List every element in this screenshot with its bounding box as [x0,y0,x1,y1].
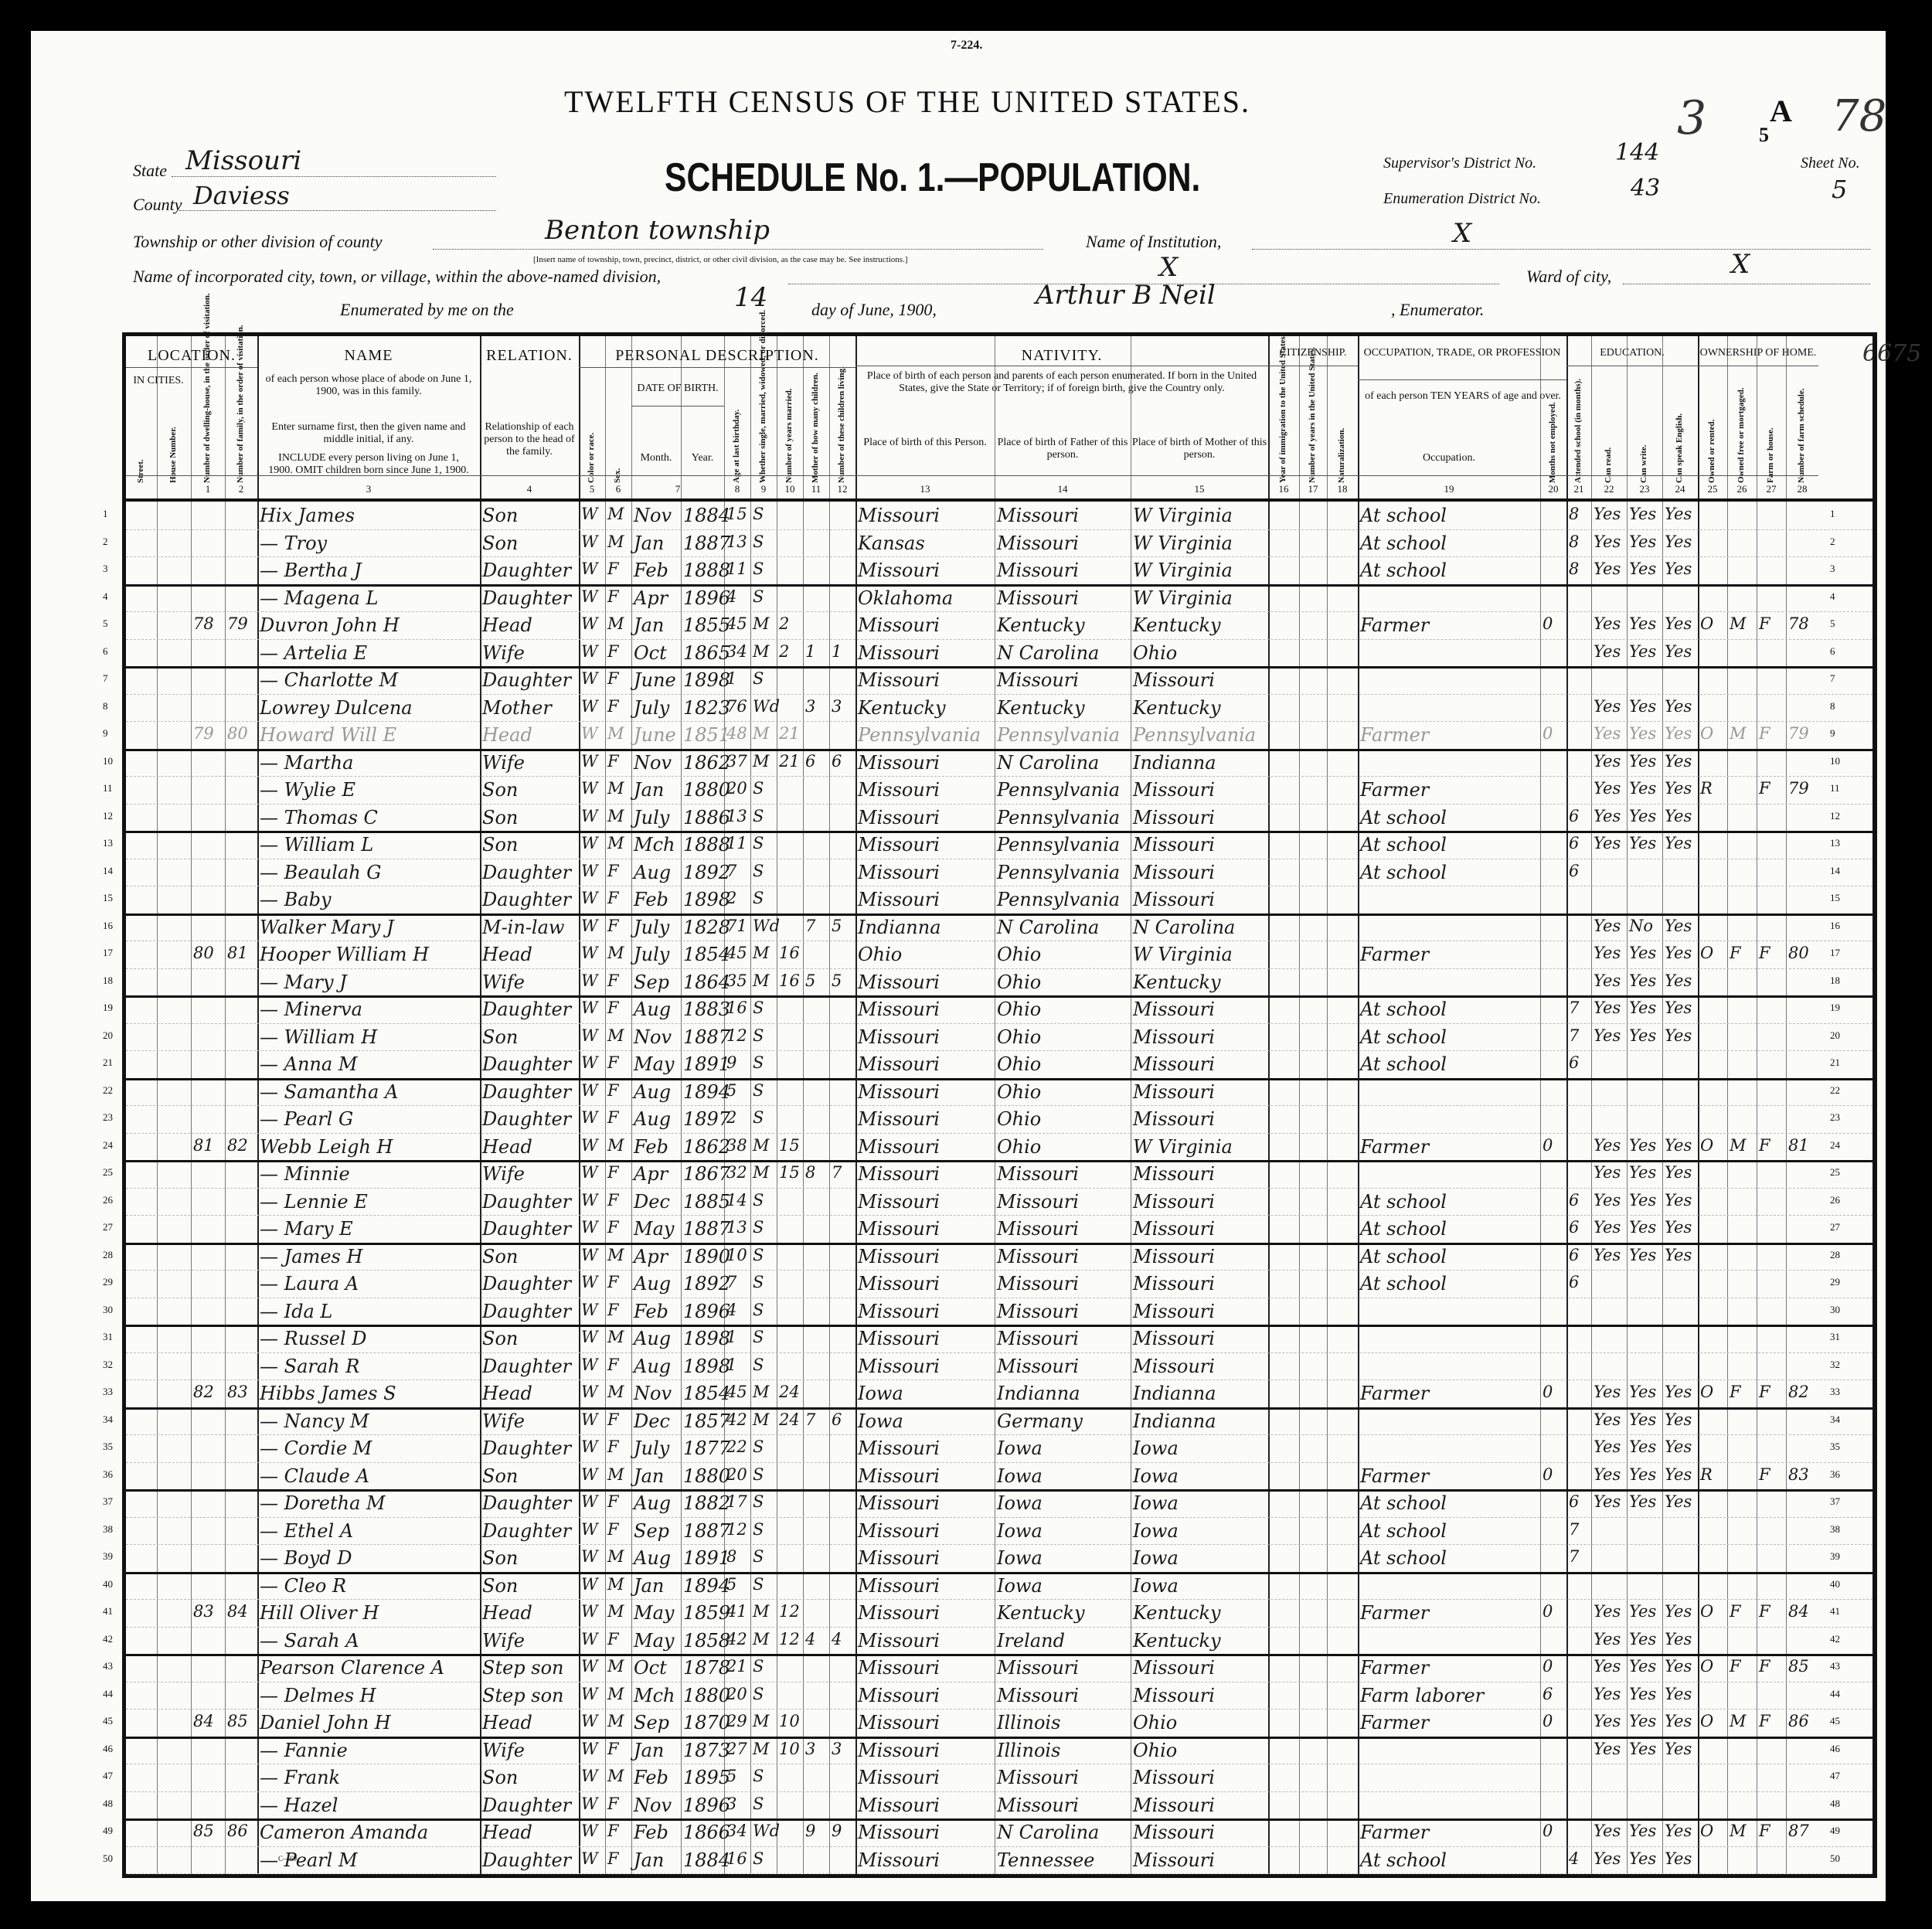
table-row[interactable]: Hix JamesSonWMNov188415SMissouriMissouri… [126,502,1872,530]
cell-month: Nov [634,1795,672,1816]
table-row[interactable]: — Anna MDaughterWFMay18919SMissouriOhioM… [126,1050,1872,1080]
cell-year: 1883 [683,999,730,1020]
table-row[interactable]: Pearson Clarence AStep sonWMOct187821SMi… [126,1654,1872,1682]
column-number: 20 [1540,483,1566,495]
table-row[interactable]: — MarthaWifeWFNov186237M2166MissouriN Ca… [126,749,1872,777]
cell-color: W [581,1410,598,1429]
cell-age: 1 [726,669,736,688]
cell-dw: 79 [193,724,214,743]
cell-rel: Daughter [482,1191,571,1213]
cell-color: W [581,1492,598,1511]
cell-color: W [581,1657,598,1676]
cell-mar: M [753,944,770,962]
cell-rel: M-in-law [482,917,564,938]
table-row[interactable]: — Mary EDaughterWFMay188713SMissouriMiss… [126,1215,1872,1245]
cell-bm: Indianna [1133,1383,1216,1404]
cell-age: 71 [726,917,747,935]
cell-age: 5 [726,1575,736,1594]
cell-name: — Ethel A [260,1520,353,1542]
cell-cl: 9 [832,1822,842,1840]
cell-rel: Son [482,532,518,554]
city-value: X [1159,252,1178,283]
cell-color: W [581,505,598,523]
cell-occ: At school [1360,1520,1447,1542]
cell-color: W [581,1795,598,1813]
cell-occ: At school [1360,1547,1447,1569]
cell-ym: 24 [779,1410,800,1429]
cell-bm: Iowa [1133,1547,1179,1569]
enumerator-name: Arthur B Neil [1036,280,1216,311]
row-number: 47 [1830,1770,1840,1782]
table-row[interactable]: 8081Hooper William HHeadWMJuly185445M16O… [126,941,1872,969]
cell-ym: 2 [779,614,789,633]
cell-year: 1887 [683,1026,730,1048]
cell-eng: Yes [1665,1657,1692,1676]
cell-rel: Son [482,1328,518,1349]
cell-name: — Lennie E [260,1191,368,1213]
cell-color: W [581,779,598,798]
cell-fh: F [1759,1712,1770,1730]
cell-eng: Yes [1665,1849,1692,1868]
table-row[interactable]: 7879Duvron John HHeadWMJan185545M2Missou… [126,611,1872,640]
table-row[interactable]: — Cleo RSonWMJan18945SMissouriIowaIowa40… [126,1572,1872,1601]
table-row[interactable]: — Artelia EWifeWFOct186534M211MissouriN … [126,639,1872,669]
cell-bp: Missouri [858,614,940,636]
row-number: 11 [1830,782,1840,794]
cell-color: W [581,1520,598,1539]
table-row[interactable]: 8586Cameron AmandaHeadWFFeb186634Wd99Mis… [126,1818,1872,1847]
cell-age: 34 [726,1822,747,1840]
row-number: 21 [1830,1056,1840,1069]
cell-bp: Missouri [858,1602,940,1624]
cell-bm: Missouri [1133,1108,1215,1130]
cell-mar: S [753,1328,764,1346]
cell-bf: Illinois [997,1712,1060,1733]
cell-eng: Yes [1665,642,1692,661]
table-row[interactable]: — TroySonWMJan188713SKansasMissouriW Vir… [126,529,1872,558]
cell-bm: Missouri [1133,862,1215,883]
cell-unemp: 0 [1543,614,1553,633]
table-row[interactable]: — Laura ADaughterWFAug18927SMissouriMiss… [126,1270,1872,1298]
cell-eng: Yes [1665,532,1692,551]
table-row[interactable]: — FannieWifeWFJan187327M1033MissouriIlli… [126,1737,1872,1765]
cell-ym: 10 [779,1712,800,1730]
cell-read: Yes [1594,999,1621,1017]
table-row[interactable]: Lowrey DulcenaMotherWFJuly182376Wd33Kent… [126,694,1872,723]
cell-age: 45 [726,614,747,633]
cell-month: Dec [634,1410,670,1432]
cell-age: 16 [726,999,747,1017]
cell-month: Sep [634,971,669,993]
cell-own: O [1700,724,1713,743]
cell-fh: F [1759,944,1770,962]
cell-eng: Yes [1665,807,1692,825]
cell-bm: Kentucky [1133,614,1221,636]
cell-sex: F [607,1492,619,1511]
cell-bf: Missouri [997,505,1079,526]
cell-name: — Boyd D [260,1547,352,1569]
cell-sex: M [607,1685,624,1703]
cell-age: 7 [726,862,736,880]
cell-farm: 85 [1788,1657,1809,1676]
cell-eng: Yes [1665,917,1692,935]
cell-bm: Ohio [1133,642,1177,664]
column-number: 14 [995,483,1131,495]
cell-mar: S [753,1657,764,1676]
cell-sex: M [607,1246,624,1264]
cell-read: Yes [1594,1410,1621,1429]
cell-year: 1896 [683,1301,730,1322]
schedule-title: SCHEDULE No. 1.—POPULATION. [665,155,1200,201]
cell-color: W [581,1740,598,1758]
table-row[interactable]: — Doretha MDaughterWFAug188217SMissouriI… [126,1489,1872,1518]
cell-read: Yes [1594,1685,1621,1703]
table-row[interactable]: 7980Howard Will EHeadWMJune185148M21Penn… [126,721,1872,751]
cell-name: — Bertha J [260,560,362,581]
cell-fh: F [1759,1822,1770,1840]
cell-fam: 82 [227,1136,248,1155]
cell-month: Sep [634,1520,669,1542]
cell-fh: F [1759,1383,1770,1401]
cell-rel: Wife [482,1740,525,1761]
cell-name: Hibbs James S [260,1383,396,1404]
township-note: [Insert name of township, town, precinct… [533,255,908,264]
row-number: 31 [1830,1331,1840,1343]
cell-month: Mch [634,834,675,856]
cell-mar: S [753,889,764,907]
cell-month: July [634,697,669,719]
cell-bm: Missouri [1133,1657,1215,1679]
cell-age: 11 [726,834,747,852]
cell-year: 1890 [683,1246,730,1267]
cell-dw: 78 [193,614,214,633]
form-number: 7-224. [951,39,982,53]
row-number-left: 5 [103,617,108,630]
cell-month: Apr [634,587,668,609]
cell-name: Daniel John H [260,1712,391,1733]
cell-own: O [1700,1383,1713,1401]
cell-sex: F [607,1108,619,1127]
table-row[interactable]: — Mary JWifeWFSep186435M1655MissouriOhio… [126,968,1872,999]
table-row[interactable]: — Ida LDaughterWFFeb18964SMissouriMissou… [126,1298,1872,1328]
cell-rel: Daughter [482,1218,571,1240]
table-row[interactable]: — Magena LDaughterWFApr18964SOklahomaMis… [126,584,1872,613]
cell-write: Yes [1629,1163,1656,1182]
table-row[interactable]: — MinervaDaughterWFAug188316SMissouriOhi… [126,995,1872,1024]
row-number: 19 [1830,1002,1840,1014]
cell-sch: 6 [1569,1191,1579,1209]
children-living-header: Number of these children living. [837,383,846,483]
cell-cl: 6 [832,1410,842,1429]
cell-ym: 16 [779,944,800,962]
cell-sch: 6 [1569,1492,1579,1511]
cell-eng: Yes [1665,1740,1692,1758]
cell-ym: 24 [779,1383,800,1401]
county-value: Daviess [193,181,290,210]
cell-ym: 16 [779,971,800,990]
column-number: 2 [225,483,257,495]
cell-rel: Mother [482,697,552,719]
relation-header: RELATION. [480,347,579,365]
cell-write: Yes [1629,1246,1656,1264]
cell-name: — Baby [260,889,332,910]
cell-sex: M [607,1383,624,1401]
table-row[interactable]: — Sarah AWifeWFMay185842M1244MissouriIre… [126,1627,1872,1657]
cell-mar: S [753,1849,764,1868]
cell-bf: Germany [997,1410,1083,1432]
cell-color: W [581,1630,598,1648]
table-row[interactable]: 8283Hibbs James SHeadWMNov185445M24IowaI… [126,1380,1872,1410]
table-row[interactable]: — Charlotte MDaughterWFJune18981SMissour… [126,666,1872,695]
row-number: 15 [1830,892,1840,904]
row-number-left: 50 [103,1852,113,1865]
row-number-left: 40 [103,1578,113,1590]
row-number-left: 7 [103,672,108,685]
table-row[interactable]: — Russel DSonWMAug18981SMissouriMissouri… [126,1325,1872,1353]
cell-sch: 4 [1569,1849,1579,1868]
cell-month: July [634,944,669,965]
cell-name: — Nancy M [260,1410,369,1432]
table-row[interactable]: — William LSonWMMch188811SMissouriPennsy… [126,831,1872,859]
table-row[interactable]: — William HSonWMNov188712SMissouriOhioMi… [126,1023,1872,1052]
table-row[interactable]: — Beaulah GDaughterWFAug18927SMissouriPe… [126,859,1872,887]
cell-year: 1878 [683,1657,730,1679]
cell-color: W [581,1849,598,1868]
cell-bm: Missouri [1133,1273,1215,1295]
cell-sch: 6 [1569,1053,1579,1072]
cell-cb: 9 [805,1822,815,1840]
cell-name: Lowrey Dulcena [260,697,413,719]
cell-color: W [581,807,598,825]
cell-mar: M [753,1136,770,1155]
cell-name: — Mary J [260,971,347,993]
cell-bf: Missouri [997,1685,1079,1706]
cell-rel: Daughter [482,587,571,609]
cell-bf: N Carolina [997,917,1099,938]
name-instr1: Enter surname first, then the given name… [265,421,472,446]
table-row[interactable]: — Wylie ESonWMJan188020SMissouriPennsylv… [126,776,1872,805]
cell-color: W [581,1163,598,1182]
cell-sch: 6 [1569,834,1579,852]
cell-sex: F [607,1081,619,1100]
cell-occ: Farmer [1360,1383,1429,1404]
cell-name: — Cordie M [260,1437,372,1459]
cell-age: 48 [726,724,747,743]
cell-color: W [581,1465,598,1484]
cell-dw: 80 [193,944,214,962]
cell-rel: Head [482,1712,532,1733]
table-row[interactable]: 8384Hill Oliver HHeadWMMay185941M12Misso… [126,1599,1872,1628]
cell-bp: Missouri [858,1740,940,1761]
cell-sex: M [607,1136,624,1155]
cell-year: 1855 [683,614,730,636]
table-row[interactable]: Walker Mary JM-in-lawWFJuly182871Wd75Ind… [126,913,1872,942]
cell-eng: Yes [1665,1218,1692,1237]
cell-month: Aug [634,1356,671,1377]
table-row[interactable]: — Samantha ADaughterWFAug18945SMissouriO… [126,1078,1872,1107]
sheet-mark-78: 78 [1832,91,1886,141]
cell-write: Yes [1629,1630,1656,1648]
cell-year: 1894 [683,1081,730,1103]
cell-bp: Missouri [858,1437,940,1459]
table-row[interactable]: — HazelDaughterWFNov18963SMissouriMissou… [126,1791,1872,1822]
table-row[interactable]: — Claude ASonWMJan188020SMissouriIowaIow… [126,1462,1872,1492]
cell-month: Feb [634,1822,668,1843]
birth-mother-header: Place of birth of Mother of this person. [1131,437,1268,461]
table-row[interactable]: — Boyd DSonWMAug18918SMissouriIowaIowaAt… [126,1544,1872,1574]
cell-cb: 8 [805,1163,815,1182]
table-row[interactable]: — Ethel ADaughterWFSep188712SMissouriIow… [126,1517,1872,1546]
cell-sch: 6 [1569,1246,1579,1264]
cell-month: Nov [634,505,672,526]
cell-occ: At school [1360,999,1447,1020]
column-number: 17 [1299,483,1327,495]
table-row[interactable]: — Lennie EDaughterWFDec188514SMissouriMi… [126,1188,1872,1216]
cell-age: 32 [726,1163,747,1182]
table-row[interactable]: — MinnieWifeWFApr186732M1587MissouriMiss… [126,1160,1872,1189]
cell-name: — Mary E [260,1218,353,1240]
table-row[interactable]: — FrankSonWMFeb18955SMissouriMissouriMis… [126,1764,1872,1792]
cell-occ: Farmer [1360,1136,1429,1158]
cell-bm: Indianna [1133,1410,1216,1432]
cell-write: Yes [1629,697,1656,716]
cell-bm: W Virginia [1133,944,1233,965]
header-rule [1566,366,1818,366]
cell-rel: Daughter [482,669,571,691]
cell-year: 1896 [683,1795,730,1816]
cell-color: W [581,642,598,661]
table-row[interactable]: — Pearl MDaughterWFJan188416SMissouriTen… [126,1846,1872,1875]
cell-eng: Yes [1665,1492,1692,1511]
cell-sex: M [607,779,624,798]
cell-write: Yes [1629,614,1656,633]
cell-read: Yes [1594,1246,1621,1264]
cell-rel: Wife [482,752,525,774]
cell-own: R [1700,779,1713,798]
cell-fam: 85 [227,1712,248,1730]
table-row[interactable]: — Cordie MDaughterWFJuly187722SMissouriI… [126,1434,1872,1463]
table-row[interactable]: — Sarah RDaughterWFAug18981SMissouriMiss… [126,1352,1872,1381]
cell-eng: Yes [1665,614,1692,633]
cell-mar: S [753,1273,764,1291]
cell-age: 42 [726,1410,747,1429]
cell-bm: Missouri [1133,1685,1215,1706]
column-number: 6 [605,483,631,495]
table-row[interactable]: — Pearl GDaughterWFAug18972SMissouriOhio… [126,1105,1872,1134]
cell-bp: Missouri [858,889,940,910]
cell-farm: 78 [1788,614,1809,633]
cell-month: June [634,669,676,691]
cell-sch: 7 [1569,1520,1579,1539]
cell-year: 1894 [683,1575,730,1597]
row-number: 4 [1830,590,1835,603]
children-born-header: Mother of how many children. [811,383,820,483]
cell-sex: M [607,1657,624,1676]
table-row[interactable]: 8485Daniel John HHeadWMSep187029M10Misso… [126,1709,1872,1739]
cell-read: Yes [1594,614,1621,633]
table-row[interactable]: 8182Webb Leigh HHeadWMFeb186238M15Missou… [126,1133,1872,1163]
cell-year: 1898 [683,889,730,910]
cell-month: Jan [634,532,664,554]
table-row[interactable]: — BabyDaughterWFFeb18982SMissouriPennsyl… [126,886,1872,916]
cell-rel: Daughter [482,1795,571,1816]
table-row[interactable]: — Delmes HStep sonWMMch188020SMissouriMi… [126,1682,1872,1710]
cell-mar: Wd [753,697,780,716]
cell-bp: Missouri [858,834,940,856]
cell-name: — Samantha A [260,1081,398,1103]
cell-fh: F [1759,1465,1770,1484]
cell-bf: Missouri [997,532,1079,554]
cell-sex: F [607,669,619,688]
row-number: 23 [1830,1111,1840,1124]
table-row[interactable]: — James HSonWMApr189010SMissouriMissouri… [126,1243,1872,1271]
column-number: 19 [1358,483,1540,495]
cell-read: Yes [1594,1026,1621,1045]
cell-sex: M [607,1328,624,1346]
cell-color: W [581,669,598,688]
cell-color: W [581,999,598,1017]
cell-year: 1854 [683,944,730,965]
cell-year: 1885 [683,1191,730,1213]
cell-rel: Son [482,1026,518,1048]
cell-name: — Delmes H [260,1685,376,1706]
cell-occ: Farmer [1360,1657,1429,1679]
cell-age: 5 [726,1767,736,1785]
cell-color: W [581,834,598,852]
column-number: 23 [1627,483,1662,495]
footer-mark: C—69 [278,1855,297,1863]
cell-sch: 6 [1569,1273,1579,1291]
cell-bp: Missouri [858,1520,940,1542]
cell-ym: 15 [779,1163,800,1182]
cell-bf: Missouri [997,1767,1079,1788]
age-header: Age at last birthday. [732,383,741,483]
sheet-label: Sheet No. [1801,155,1860,172]
cell-rel: Head [482,1602,532,1624]
row-number-left: 41 [103,1605,113,1618]
row-number-left: 31 [103,1331,113,1343]
table-row[interactable]: — Bertha JDaughterWFFeb188811SMissouriMi… [126,556,1872,587]
row-number-left: 21 [103,1056,113,1069]
cell-bf: N Carolina [997,1822,1099,1843]
cell-write: Yes [1629,999,1656,1017]
cell-sex: M [607,834,624,852]
column-number: 15 [1131,483,1268,495]
name-instr2: INCLUDE every person living on June 1, 1… [265,452,472,477]
cell-bp: Missouri [858,642,940,664]
cell-bp: Missouri [858,779,940,801]
table-row[interactable]: — Nancy MWifeWFDec185742M2476IowaGermany… [126,1407,1872,1436]
nativity-header: NATIVITY. [855,347,1268,365]
cell-name: Walker Mary J [260,917,394,938]
cell-eng: Yes [1665,999,1692,1017]
cell-bp: Oklahoma [858,587,953,609]
cell-eng: Yes [1665,1602,1692,1621]
cell-age: 35 [726,971,747,990]
header-rule [579,367,855,368]
cell-read: Yes [1594,532,1621,551]
cell-read: Yes [1594,1740,1621,1758]
cell-name: — Troy [260,532,327,554]
cell-month: Aug [634,862,671,883]
township-label: Township or other division of county [133,232,382,252]
cell-occ: At school [1360,1218,1447,1240]
cell-mar: S [753,1246,764,1264]
cell-bp: Missouri [858,1053,940,1075]
cell-sex: M [607,1026,624,1045]
table-row[interactable]: — Thomas CSonWMJuly188613SMissouriPennsy… [126,804,1872,834]
cell-read: Yes [1594,779,1621,798]
